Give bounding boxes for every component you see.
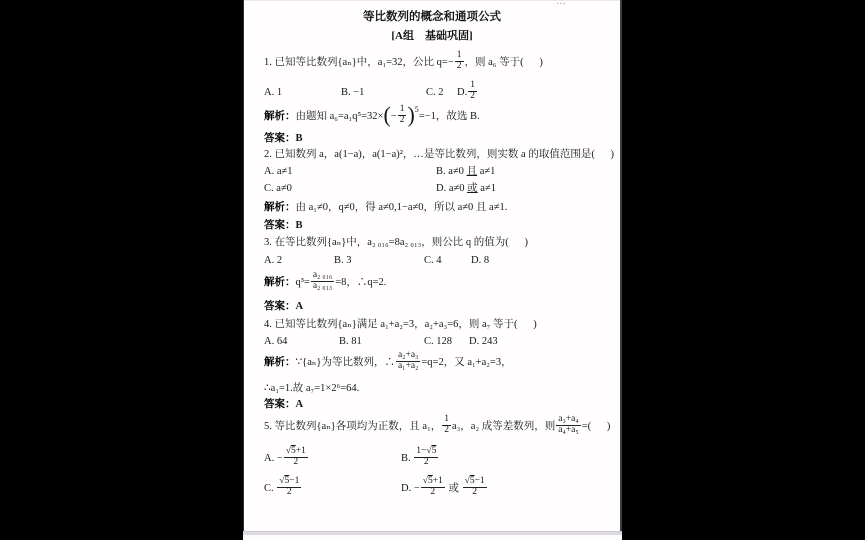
text-run: B. 81 bbox=[339, 336, 362, 347]
text-run: A. 64 bbox=[264, 336, 287, 347]
fraction-denominator: a₁+a₂ bbox=[396, 361, 420, 372]
fraction-numerator: √5+1 bbox=[284, 447, 308, 457]
fraction-denominator: 2 bbox=[455, 61, 464, 72]
fraction-numerator: a₂+a₃ bbox=[396, 351, 420, 361]
option-item: C. 2 bbox=[426, 86, 457, 100]
document-title: 等比数列的概念和通项公式 bbox=[244, 8, 620, 24]
sqrt-radicand: 5 bbox=[432, 446, 437, 456]
analysis-text: 解析：∵{aₙ}为等比数列，∴a₂+a₃a₁+a₂=q=2，又 a₁+a₂=3， bbox=[264, 352, 614, 373]
fraction: 12 bbox=[468, 81, 477, 102]
option-item: A. 64 bbox=[264, 335, 339, 349]
text-run: q³= bbox=[296, 277, 310, 288]
text-run: D. bbox=[457, 87, 467, 98]
text-run: B. a≠0 bbox=[436, 166, 467, 177]
option-item: C. 128 bbox=[424, 335, 469, 349]
text-run: A. 2 bbox=[264, 255, 282, 266]
fraction-numerator: √5−1 bbox=[463, 477, 487, 487]
fraction-denominator: a₄+a₅ bbox=[556, 425, 580, 436]
fraction: √5+12 bbox=[421, 477, 445, 498]
answer-label: 答案： bbox=[264, 301, 296, 312]
fraction: a₂+a₃a₁+a₂ bbox=[396, 351, 420, 372]
fraction-numerator: √5−1 bbox=[277, 477, 301, 487]
fraction: 1−√52 bbox=[414, 447, 438, 468]
option-item: D.12 bbox=[457, 82, 478, 103]
question-text: 1. 已知等比数列{aₙ}中，a₁=32，公比 q=−12，则 a₆ 等于( ) bbox=[264, 52, 614, 73]
text-run: B. −1 bbox=[341, 87, 364, 98]
text-run: 5. 等比数列{aₙ}各项均为正数，且 a₁， bbox=[264, 421, 441, 432]
text-run: C. 2 bbox=[426, 87, 444, 98]
fraction-denominator: 2 bbox=[414, 457, 438, 468]
fraction: √5+12 bbox=[284, 447, 308, 468]
options-row: C. √5−12D. −√5+12 或 √5−12 bbox=[264, 478, 614, 499]
options-row: A. 1B. −1C. 2D.12 bbox=[264, 82, 614, 103]
fraction-numerator: 1 bbox=[468, 81, 477, 91]
text-run: D. 8 bbox=[471, 255, 489, 266]
text-run: =8，∴q=2. bbox=[335, 277, 386, 288]
answer-value: A bbox=[296, 399, 304, 410]
fraction-numerator: 1 bbox=[455, 51, 464, 61]
analysis-text: 解析：由题知 a₆=a₁q⁵=32×(−12)5=−1，故选 B. bbox=[264, 105, 614, 128]
section-heading: [A组 基础巩固] bbox=[244, 27, 620, 43]
text-run: 4. 已知等比数列{aₙ}满足 a₁+a₂=3，a₂+a₃=6，则 a₇ 等于(… bbox=[264, 319, 537, 330]
option-item: B. 3 bbox=[334, 254, 424, 268]
text-run: ，则 a₆ 等于( ) bbox=[465, 57, 543, 68]
fraction: a₂ ₀₁₆a₂ ₀₁₃ bbox=[311, 271, 334, 292]
text-run: =−1，故选 B. bbox=[419, 111, 480, 122]
option-item: D. 8 bbox=[471, 254, 489, 268]
answer-label: 答案： bbox=[264, 399, 296, 410]
option-item: C. √5−12 bbox=[264, 478, 401, 499]
option-item: C. a≠0 bbox=[264, 182, 436, 196]
fraction-numerator: 1 bbox=[398, 105, 407, 115]
text-run: C. 4 bbox=[424, 255, 442, 266]
fraction-denominator: 2 bbox=[421, 487, 445, 498]
text-run: B. 3 bbox=[334, 255, 352, 266]
option-item: B. 1−√52 bbox=[401, 448, 439, 469]
text-run: C. bbox=[264, 483, 276, 494]
analysis-label: 解析： bbox=[264, 202, 296, 213]
text-run: 由题知 a₆=a₁q⁵=32× bbox=[296, 111, 384, 122]
analysis-label: 解析： bbox=[264, 111, 296, 122]
sqrt-radicand: 5 bbox=[284, 476, 289, 486]
text-run: C. 128 bbox=[424, 336, 452, 347]
fraction-denominator: 2 bbox=[442, 425, 451, 436]
option-item: D. −√5+12 或 √5−12 bbox=[401, 478, 488, 499]
fraction: √5−12 bbox=[277, 477, 301, 498]
text-run: 或 bbox=[446, 483, 462, 494]
fraction-denominator: 2 bbox=[284, 457, 308, 468]
document-page[interactable]: … 等比数列的概念和通项公式 [A组 基础巩固] 1. 已知等比数列{aₙ}中，… bbox=[243, 0, 622, 531]
text-run: =q=2，又 a₁+a₂=3， bbox=[421, 357, 511, 368]
fraction: √5−12 bbox=[463, 477, 487, 498]
question-text: 3. 在等比数列{aₙ}中，a₂ ₀₁₆=8a₂ ₀₁₃，则公比 q 的值为( … bbox=[264, 236, 614, 250]
options-row: A. 64B. 81C. 128D. 243 bbox=[264, 335, 614, 349]
viewer-background: … 等比数列的概念和通项公式 [A组 基础巩固] 1. 已知等比数列{aₙ}中，… bbox=[0, 0, 865, 540]
answer-text: 答案：A bbox=[264, 398, 614, 412]
fraction: 12 bbox=[398, 105, 407, 126]
text-run: D. a≠0 bbox=[436, 183, 467, 194]
option-item: A. −√5+12 bbox=[264, 448, 401, 469]
option-item: B. a≠0 且 a≠1 bbox=[436, 165, 495, 179]
question-text: 5. 等比数列{aₙ}各项均为正数，且 a₁，12a₃，a₂ 成等差数列，则a₃… bbox=[264, 416, 614, 437]
text-run: ∵{aₙ}为等比数列，∴ bbox=[296, 357, 395, 368]
text-run: a≠1 bbox=[477, 166, 495, 177]
answer-text: 答案：B bbox=[264, 132, 614, 146]
fraction-denominator: a₂ ₀₁₃ bbox=[311, 281, 334, 292]
fraction-numerator: a₃+a₄ bbox=[556, 415, 580, 425]
option-item: A. 2 bbox=[264, 254, 334, 268]
text-run: B. bbox=[401, 453, 413, 464]
underlined-text: 或 bbox=[467, 183, 478, 194]
text-run: 3. 在等比数列{aₙ}中，a₂ ₀₁₆=8a₂ ₀₁₃，则公比 q 的值为( … bbox=[264, 237, 528, 248]
analysis-label: 解析： bbox=[264, 277, 296, 288]
underlined-text: 且 bbox=[467, 166, 478, 177]
question-text: 4. 已知等比数列{aₙ}满足 a₁+a₂=3，a₂+a₃=6，则 a₇ 等于(… bbox=[264, 318, 614, 332]
next-page-top bbox=[243, 535, 622, 540]
fraction-denominator: 2 bbox=[398, 115, 407, 126]
options-row: A. a≠1B. a≠0 且 a≠1 bbox=[264, 165, 614, 179]
text-run: A. 1 bbox=[264, 87, 282, 98]
close-paren: ) bbox=[407, 104, 414, 126]
fraction: 12 bbox=[455, 51, 464, 72]
text-run: 1. 已知等比数列{aₙ}中，a₁=32，公比 q=− bbox=[264, 57, 454, 68]
option-item: B. 81 bbox=[339, 335, 424, 349]
fraction: 12 bbox=[442, 415, 451, 436]
text-run: 2. 已知数列 a，a(1−a)，a(1−a)²，…是等比数列，则实数 a 的取… bbox=[264, 149, 614, 160]
open-paren: ( bbox=[383, 104, 390, 126]
options-row: C. a≠0D. a≠0 或 a≠1 bbox=[264, 182, 614, 196]
question-text: 2. 已知数列 a，a(1−a)，a(1−a)²，…是等比数列，则实数 a 的取… bbox=[264, 148, 614, 162]
answer-value: A bbox=[296, 301, 304, 312]
text-run: ∴a₁=1.故 a₇=1×2⁶=64. bbox=[264, 383, 359, 394]
answer-value: B bbox=[296, 133, 303, 144]
text-run: a₃，a₂ 成等差数列，则 bbox=[452, 421, 555, 432]
answer-label: 答案： bbox=[264, 133, 296, 144]
analysis-label: 解析： bbox=[264, 357, 296, 368]
sign: − bbox=[391, 111, 397, 122]
option-item: B. −1 bbox=[341, 86, 426, 100]
option-item: D. 243 bbox=[469, 335, 498, 349]
sqrt-radicand: 5 bbox=[428, 476, 433, 486]
text-run: A bbox=[296, 399, 304, 410]
options-row: A. −√5+12B. 1−√52 bbox=[264, 448, 614, 469]
text-run: =( ) bbox=[582, 421, 611, 432]
fraction-denominator: 2 bbox=[463, 487, 487, 498]
text-run: D. − bbox=[401, 483, 420, 494]
analysis-text: 解析：q³=a₂ ₀₁₆a₂ ₀₁₃=8，∴q=2. bbox=[264, 272, 614, 293]
options-row: A. 2B. 3C. 4D. 8 bbox=[264, 254, 614, 268]
analysis-continuation: ∴a₁=1.故 a₇=1×2⁶=64. bbox=[264, 382, 614, 396]
fraction-numerator: 1 bbox=[442, 415, 451, 425]
option-item: C. 4 bbox=[424, 254, 471, 268]
paren-fraction-power: (−12)5 bbox=[383, 111, 418, 122]
text-run: B bbox=[296, 133, 303, 144]
text-run: A bbox=[296, 301, 304, 312]
analysis-text: 解析：由 a₁≠0，q≠0，得 a≠0,1−a≠0，所以 a≠0 且 a≠1. bbox=[264, 201, 614, 215]
text-run: a≠1 bbox=[478, 183, 496, 194]
text-run: 由 a₁≠0，q≠0，得 a≠0,1−a≠0，所以 a≠0 且 a≠1. bbox=[296, 202, 508, 213]
sqrt-radicand: 5 bbox=[470, 476, 475, 486]
fraction-denominator: 2 bbox=[468, 91, 477, 102]
option-item: A. a≠1 bbox=[264, 165, 436, 179]
answer-value: B bbox=[296, 220, 303, 231]
text-run: C. a≠0 bbox=[264, 183, 292, 194]
text-run: B bbox=[296, 220, 303, 231]
fraction-numerator: a₂ ₀₁₆ bbox=[311, 271, 334, 281]
option-item: A. 1 bbox=[264, 86, 341, 100]
option-item: D. a≠0 或 a≠1 bbox=[436, 182, 496, 196]
fraction: a₃+a₄a₄+a₅ bbox=[556, 415, 580, 436]
overflow-ellipsis: … bbox=[556, 0, 568, 7]
fraction-numerator: √5+1 bbox=[421, 477, 445, 487]
answer-label: 答案： bbox=[264, 220, 296, 231]
text-run: D. 243 bbox=[469, 336, 498, 347]
fraction-numerator: 1−√5 bbox=[414, 447, 438, 457]
text-run: A. − bbox=[264, 453, 283, 464]
sqrt-radicand: 5 bbox=[291, 446, 296, 456]
text-run: A. a≠1 bbox=[264, 166, 293, 177]
answer-text: 答案：A bbox=[264, 300, 614, 314]
fraction-denominator: 2 bbox=[277, 487, 301, 498]
answer-text: 答案：B bbox=[264, 219, 614, 233]
